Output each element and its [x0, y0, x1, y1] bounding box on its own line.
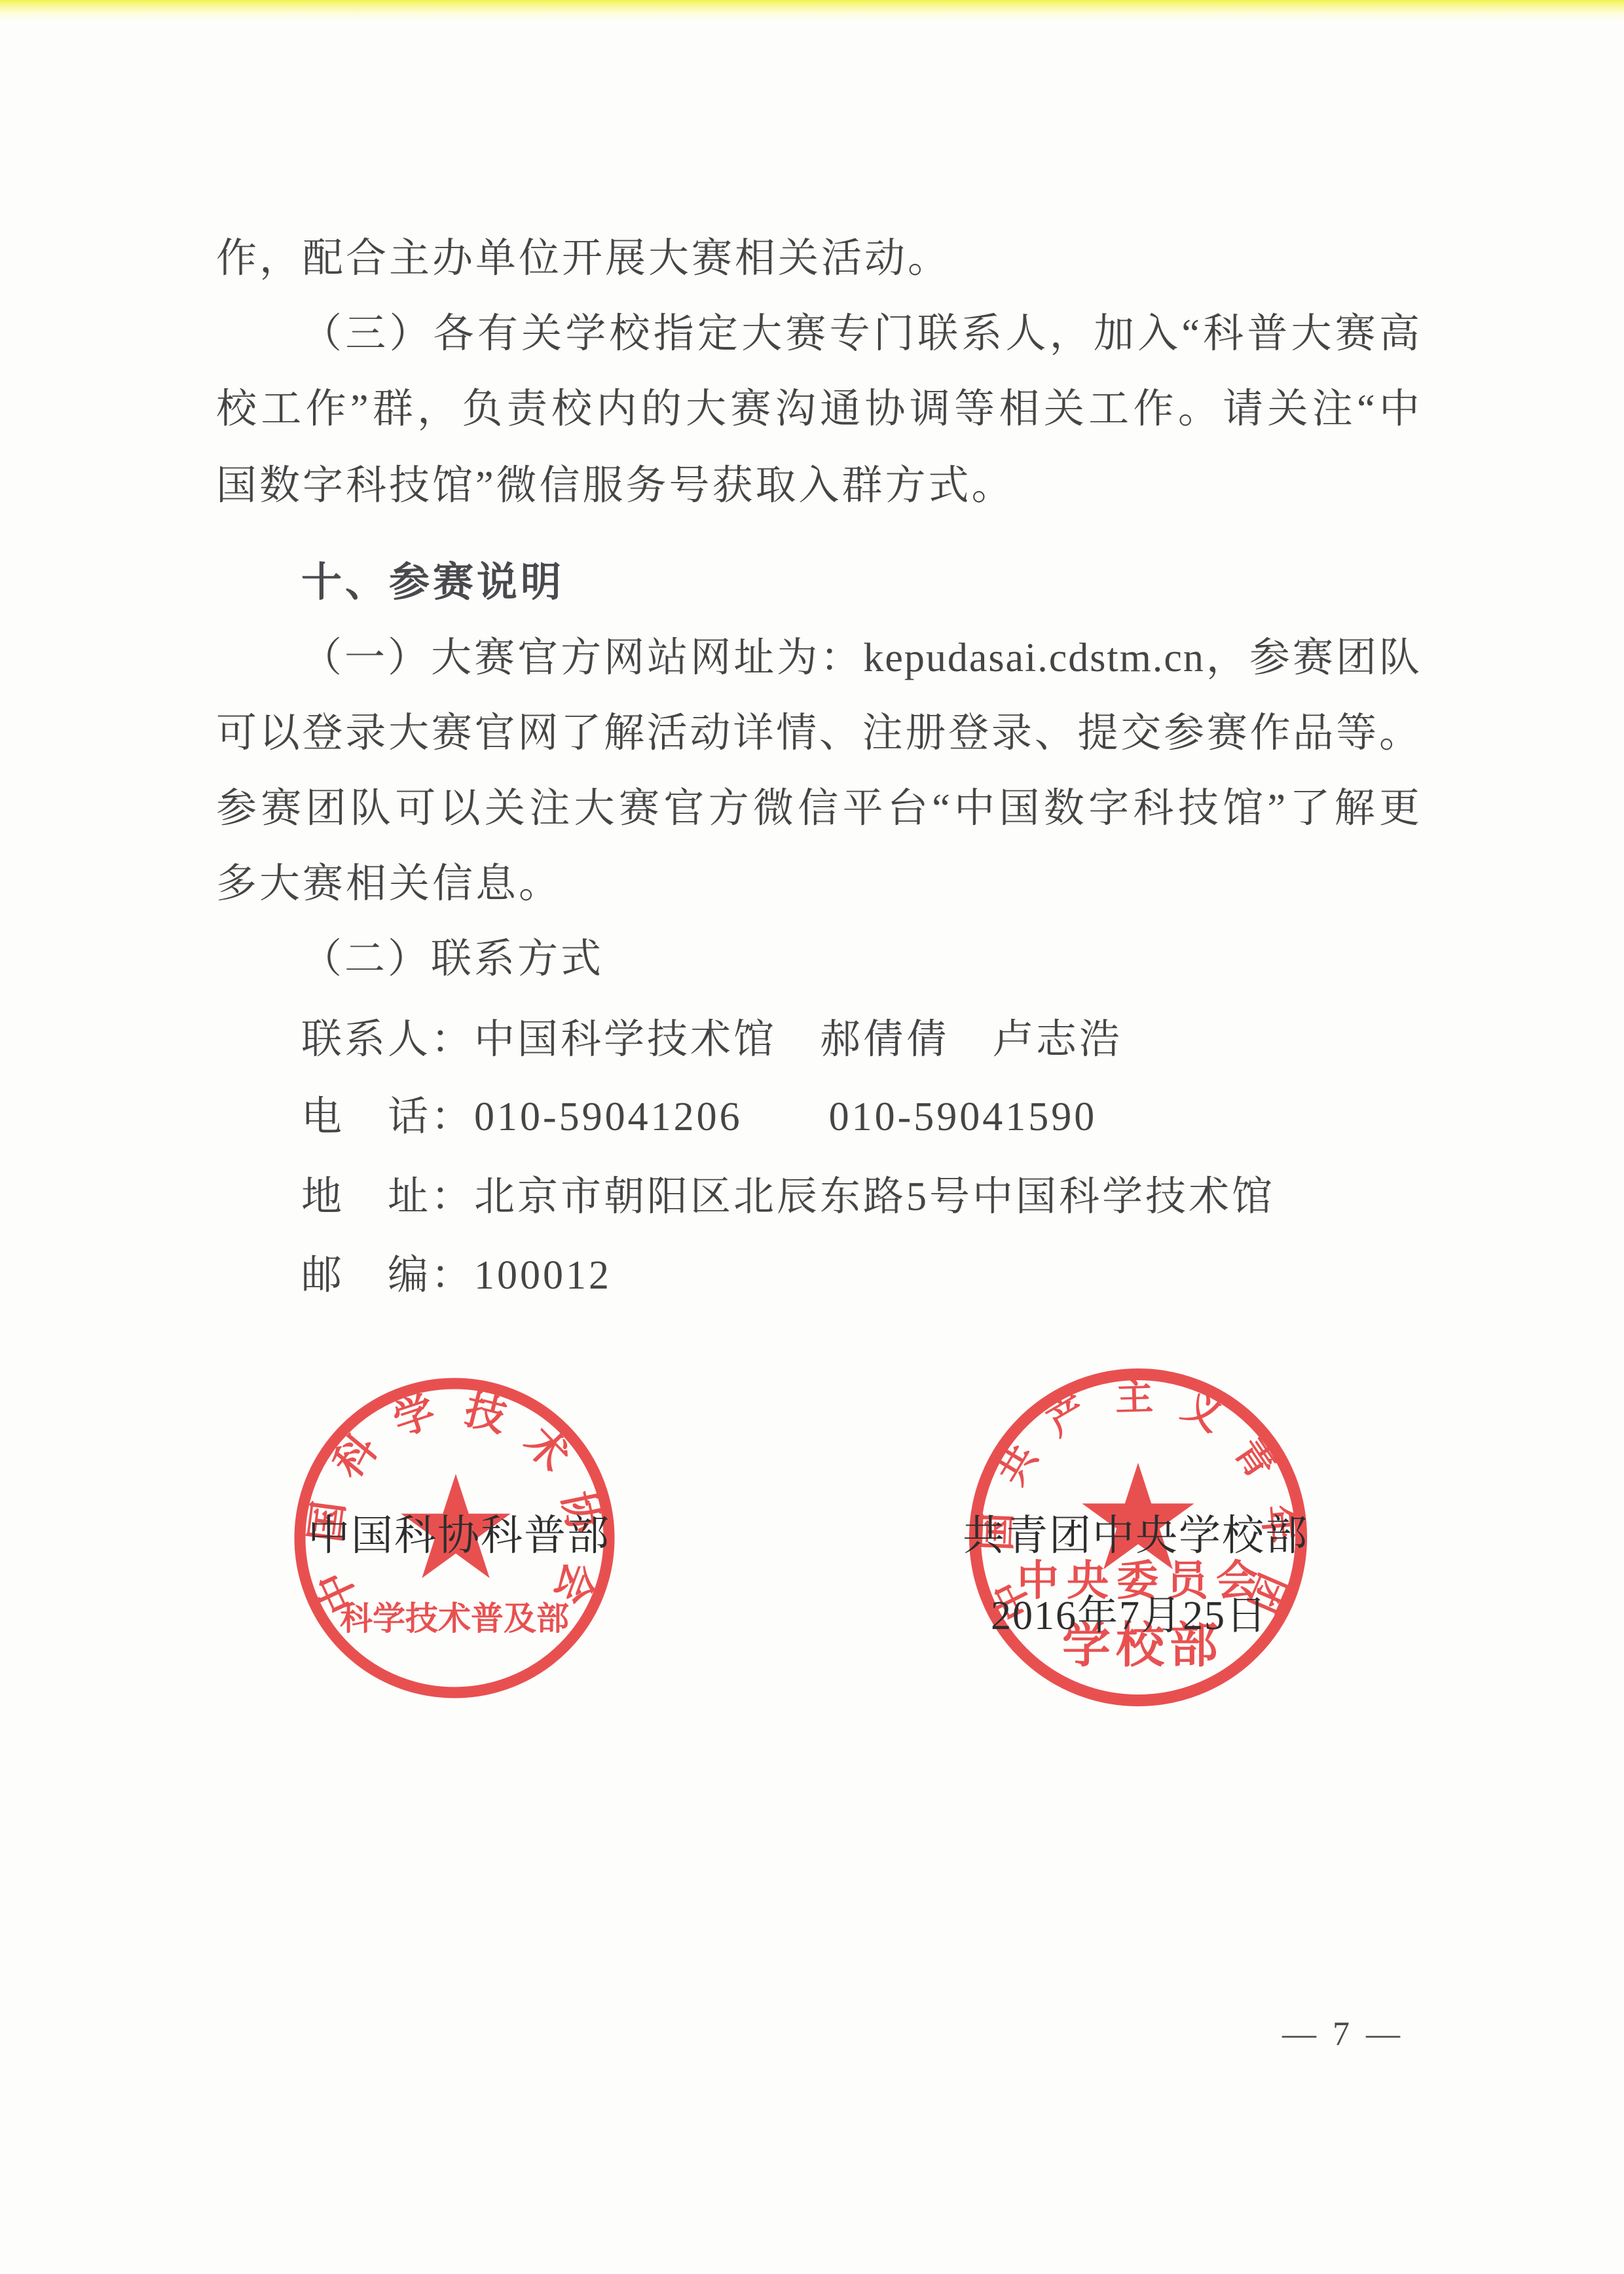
body-line: （一）大赛官方网站网址为：kepudasai.cdstm.cn，参赛团队	[301, 633, 1421, 684]
body-line: 多大赛相关信息。	[216, 858, 562, 909]
contact-address-line: 地 址：北京市朝阳区北辰东路5号中国科学技术馆	[301, 1171, 1275, 1222]
body-line: （二）联系方式	[301, 934, 604, 985]
department-signature-right: 共青团中央学校部	[963, 1513, 1308, 1560]
body-line: 作，配合主办单位开展大赛相关活动。	[216, 233, 951, 284]
contact-phone-line: 电 话：010-59041206 010-59041590	[301, 1091, 1097, 1143]
body-line: 校工作”群，负责校内的大赛沟通协调等相关工作。请关注“中	[216, 384, 1421, 435]
seal-bottom-text: 科学技术普及部	[340, 1600, 569, 1637]
body-line: 可以登录大赛官网了解活动详情、注册登录、提交参赛作品等。	[216, 708, 1421, 759]
department-signature-left: 中国科协科普部	[308, 1513, 610, 1560]
document-page: 作，配合主办单位开展大赛相关活动。 （三）各有关学校指定大赛专门联系人，加入“科…	[0, 0, 1624, 2274]
page-number: — 7 —	[1282, 2015, 1404, 2054]
issue-date: 2016年7月25日	[991, 1592, 1268, 1640]
contact-person-line: 联系人：中国科学技术馆 郝倩倩 卢志浩	[301, 1014, 1122, 1065]
body-line: 国数字科技馆”微信服务号获取入群方式。	[216, 460, 1015, 511]
contact-postcode-line: 邮 编：100012	[301, 1250, 612, 1301]
scan-edge-artifact	[0, 0, 1624, 22]
section-heading: 十、参赛说明	[301, 557, 564, 608]
body-line: （三）各有关学校指定大赛专门联系人，加入“科普大赛高	[301, 308, 1421, 359]
body-line: 参赛团队可以关注大赛官方微信平台“中国数字科技馆”了解更	[216, 783, 1421, 834]
